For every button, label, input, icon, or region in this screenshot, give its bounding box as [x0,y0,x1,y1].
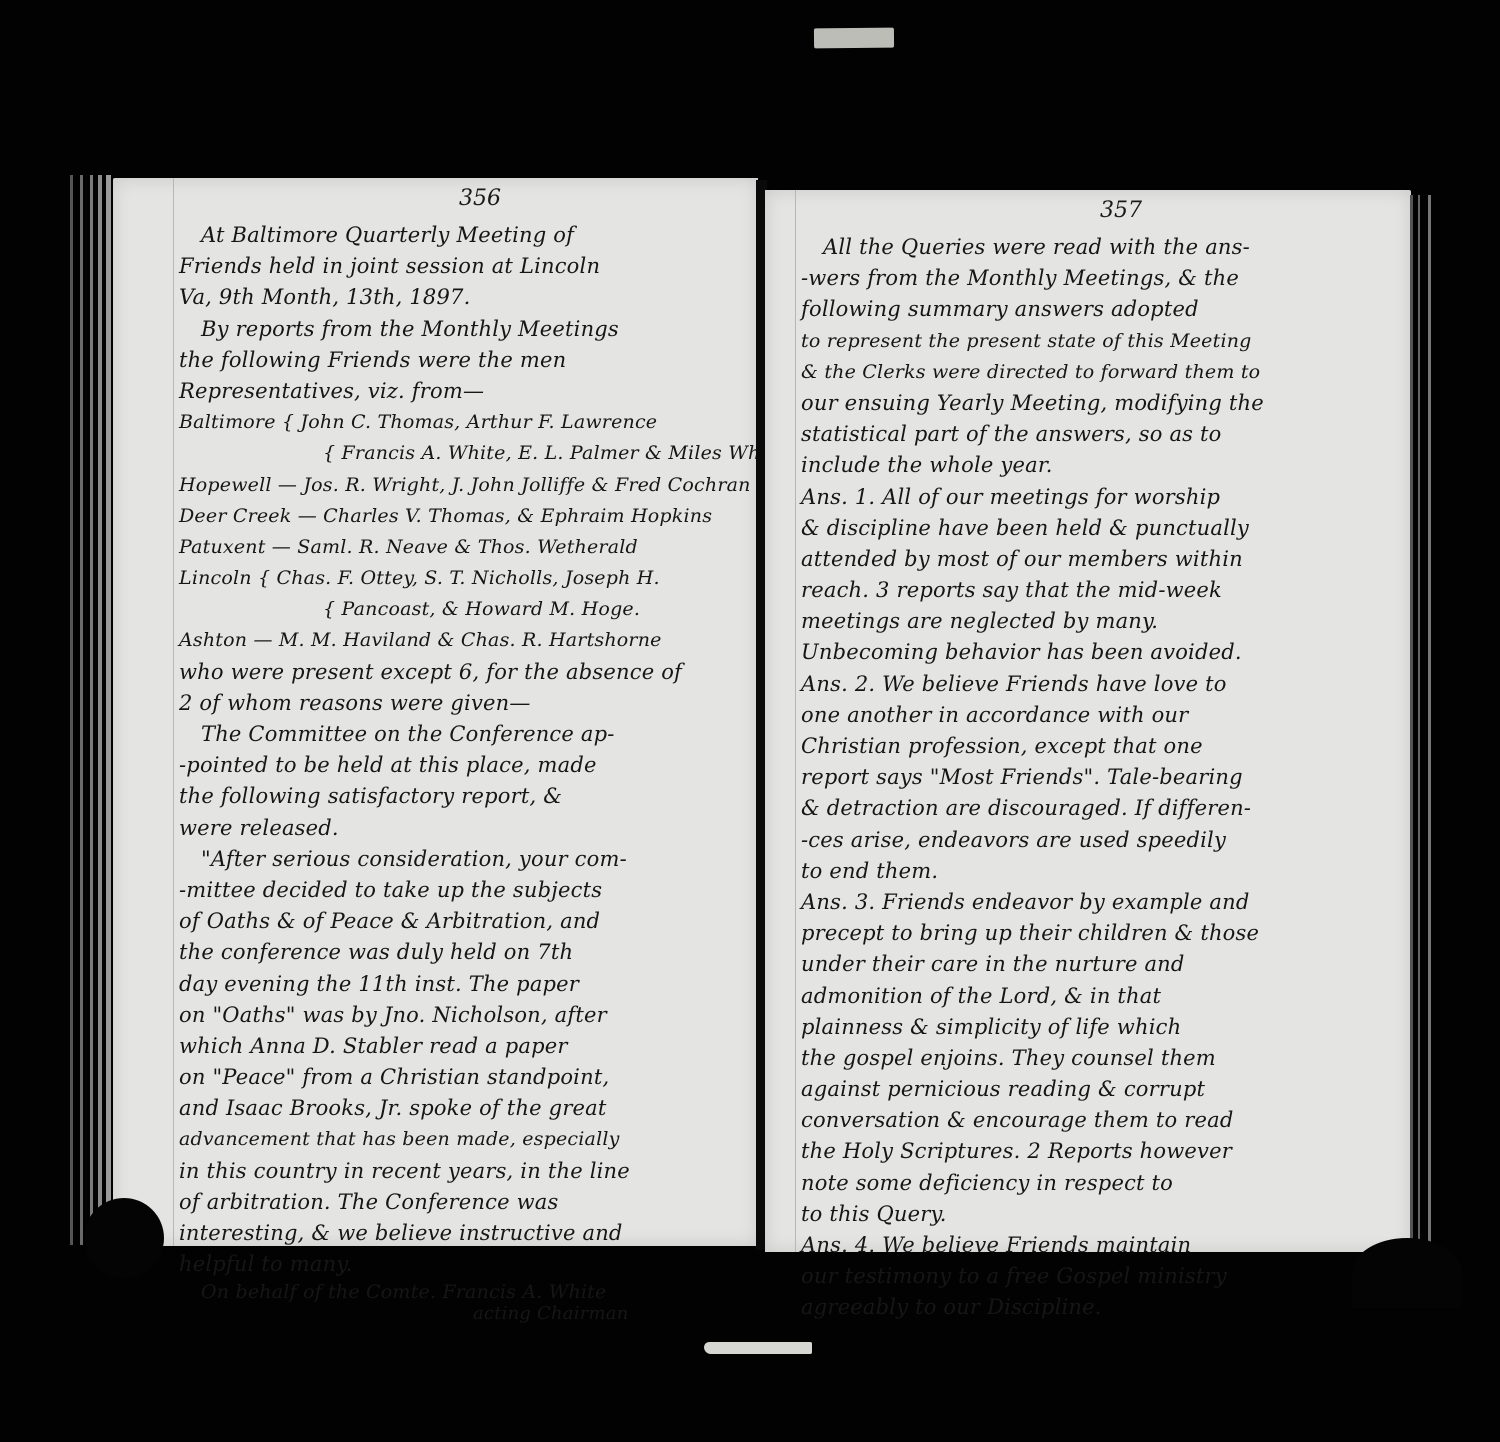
text-line: By reports from the Monthly Meetings [113,314,758,345]
text-line: admonition of the Lord, & in that [765,981,1411,1012]
text-line: against pernicious reading & corrupt [765,1074,1411,1105]
text-line: the conference was duly held on 7th [113,937,758,968]
text-line: our testimony to a free Gospel ministry [765,1261,1411,1292]
signature-title: acting Chairman [113,1304,758,1324]
text-line: { Pancoast, & Howard M. Hoge. [113,594,758,625]
text-line: Lincoln { Chas. F. Ottey, S. T. Nicholls… [113,563,758,594]
text-line: which Anna D. Stabler read a paper [113,1031,758,1062]
bottom-scan-tab [704,1342,812,1354]
left-page-text: At Baltimore Quarterly Meeting of Friend… [113,220,758,1324]
thumb-holding-page [1352,1238,1462,1308]
text-line: "After serious consideration, your com- [113,844,758,875]
text-line: Baltimore { John C. Thomas, Arthur F. La… [113,407,758,438]
text-line: Deer Creek — Charles V. Thomas, & Ephrai… [113,501,758,532]
text-line: Ashton — M. M. Haviland & Chas. R. Harts… [113,625,758,656]
text-line: -pointed to be held at this place, made [113,750,758,781]
left-page: 356 At Baltimore Quarterly Meeting of Fr… [113,178,758,1246]
text-line: include the whole year. [765,450,1411,481]
text-line: on "Oaths" was by Jno. Nicholson, after [113,1000,758,1031]
text-line: who were present except 6, for the absen… [113,657,758,688]
thumb-holding-page [84,1198,164,1278]
page-number: 356 [459,186,501,211]
left-page-edges [66,175,114,1245]
text-line: the gospel enjoins. They counsel them [765,1043,1411,1074]
text-line: day evening the 11th inst. The paper [113,969,758,1000]
text-line: to end them. [765,856,1411,887]
text-line: in this country in recent years, in the … [113,1156,758,1187]
text-line: one another in accordance with our [765,700,1411,731]
text-line: to represent the present state of this M… [765,326,1411,357]
text-line: Christian profession, except that one [765,731,1411,762]
text-line: Va, 9th Month, 13th, 1897. [113,282,758,313]
text-line: At Baltimore Quarterly Meeting of [113,220,758,251]
text-line: Representatives, viz. from— [113,376,758,407]
text-line: reach. 3 reports say that the mid-week [765,575,1411,606]
text-line: helpful to many. [113,1249,758,1280]
text-line: Friends held in joint session at Lincoln [113,251,758,282]
text-line: note some deficiency in respect to [765,1168,1411,1199]
text-line: report says "Most Friends". Tale-bearing [765,762,1411,793]
text-line: conversation & encourage them to read [765,1105,1411,1136]
text-line: were released. [113,813,758,844]
text-line: Patuxent — Saml. R. Neave & Thos. Wether… [113,532,758,563]
text-line: & the Clerks were directed to forward th… [765,357,1411,388]
text-line: of Oaths & of Peace & Arbitration, and [113,906,758,937]
right-page: 357 All the Queries were read with the a… [765,190,1411,1252]
text-line: of arbitration. The Conference was [113,1187,758,1218]
text-line: interesting, & we believe instructive an… [113,1218,758,1249]
text-line: Hopewell — Jos. R. Wright, J. John Jolli… [113,470,758,501]
text-line: statistical part of the answers, so as t… [765,419,1411,450]
text-line: under their care in the nurture and [765,949,1411,980]
text-line: -wers from the Monthly Meetings, & the [765,263,1411,294]
text-line: following summary answers adopted [765,294,1411,325]
text-line: -mittee decided to take up the subjects [113,875,758,906]
signature-line: On behalf of the Comte. Francis A. White [113,1280,758,1304]
text-line: the Holy Scriptures. 2 Reports however [765,1136,1411,1167]
answer-3-heading: Ans. 3. Friends endeavor by example and [765,887,1411,918]
text-line: the following satisfactory report, & [113,781,758,812]
answer-2-heading: Ans. 2. We believe Friends have love to [765,669,1411,700]
text-line: attended by most of our members within [765,544,1411,575]
text-line: the following Friends were the men [113,345,758,376]
top-scan-tab [814,28,894,49]
text-line: plainness & simplicity of life which [765,1012,1411,1043]
text-line: 2 of whom reasons were given— [113,688,758,719]
answer-1-heading: Ans. 1. All of our meetings for worship [765,482,1411,513]
text-line: and Isaac Brooks, Jr. spoke of the great [113,1093,758,1124]
right-page-edges [1408,195,1438,1245]
right-page-text: All the Queries were read with the ans- … [765,232,1411,1324]
text-line: meetings are neglected by many. [765,606,1411,637]
text-line: & discipline have been held & punctually [765,513,1411,544]
text-line: advancement that has been made, especial… [113,1124,758,1155]
answer-4-heading: Ans. 4. We believe Friends maintain [765,1230,1411,1261]
text-line: & detraction are discouraged. If differe… [765,793,1411,824]
text-line: precept to bring up their children & tho… [765,918,1411,949]
text-line: on "Peace" from a Christian standpoint, [113,1062,758,1093]
text-line: The Committee on the Conference ap- [113,719,758,750]
text-line: Unbecoming behavior has been avoided. [765,637,1411,668]
text-line: All the Queries were read with the ans- [765,232,1411,263]
text-line: { Francis A. White, E. L. Palmer & Miles… [113,438,758,469]
text-line: agreeably to our Discipline. [765,1292,1411,1323]
text-line: our ensuing Yearly Meeting, modifying th… [765,388,1411,419]
text-line: to this Query. [765,1199,1411,1230]
text-line: -ces arise, endeavors are used speedily [765,825,1411,856]
page-number: 357 [1100,198,1142,223]
